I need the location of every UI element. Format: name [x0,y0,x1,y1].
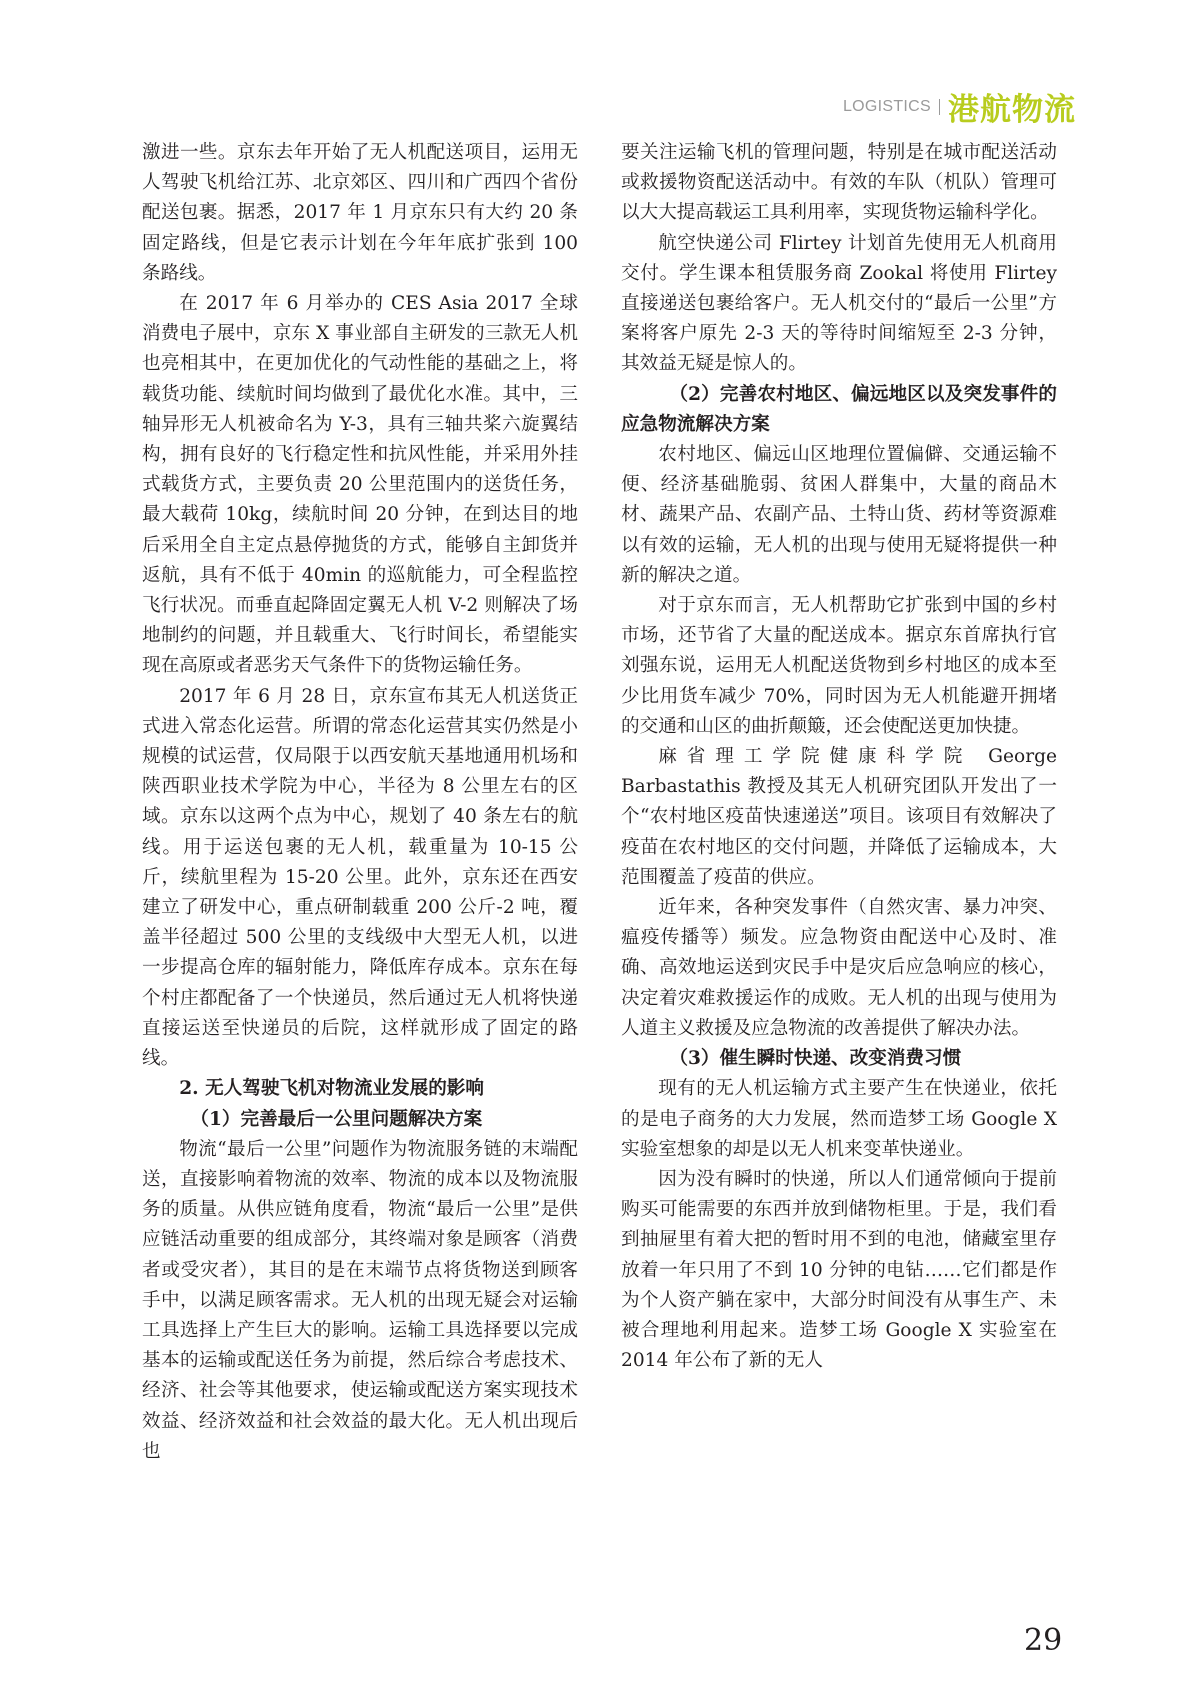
paragraph: 在 2017 年 6 月举办的 CES Asia 2017 全球消费电子展中，京… [142,289,578,682]
paragraph: 因为没有瞬时的快递，所以人们通常倾向于提前购买可能需要的东西并放到储物柜里。于是… [621,1165,1057,1376]
header-section-cn: 港航物流 [948,84,1076,129]
paragraph: 航空快递公司 Flirtey 计划首先使用无人机商用交付。学生课本租赁服务商 Z… [621,229,1057,380]
paragraph: 2017 年 6 月 28 日，京东宣布其无人机送货正式进入常态化运营。所谓的常… [142,682,578,1075]
paragraph: 对于京东而言，无人机帮助它扩张到中国的乡村市场，还节省了大量的配送成本。据京东首… [621,591,1057,742]
paragraph: 麻省理工学院健康科学院 George Barbastathis 教授及其无人机研… [621,742,1057,893]
subsection-heading: （1）完善最后一公里问题解决方案 [142,1105,578,1135]
paragraph: 农村地区、偏远山区地理位置偏僻、交通运输不便、经济基础脆弱、贫困人群集中，大量的… [621,440,1057,591]
left-column: 激进一些。京东去年开始了无人机配送项目，运用无人驾驶飞机给江苏、北京郊区、四川和… [142,138,578,1467]
right-column: 要关注运输飞机的管理问题，特别是在城市配送活动或救援物资配送活动中。有效的车队（… [621,138,1057,1376]
subsection-heading: （2）完善农村地区、偏远地区以及突发事件的应急物流解决方案 [621,380,1057,440]
subsection-heading: （3）催生瞬时快递、改变消费习惯 [621,1044,1057,1074]
paragraph: 要关注运输飞机的管理问题，特别是在城市配送活动或救援物资配送活动中。有效的车队（… [621,138,1057,229]
page-number: 29 [1024,1623,1062,1658]
section-heading: 2. 无人驾驶飞机对物流业发展的影响 [142,1074,578,1104]
paragraph: 激进一些。京东去年开始了无人机配送项目，运用无人驾驶飞机给江苏、北京郊区、四川和… [142,138,578,289]
header-divider [939,99,940,115]
running-header: LOGISTICS 港航物流 [843,84,1076,129]
paragraph: 近年来，各种突发事件（自然灾害、暴力冲突、瘟疫传播等）频发。应急物资由配送中心及… [621,893,1057,1044]
paragraph: 物流“最后一公里”问题作为物流服务链的末端配送，直接影响着物流的效率、物流的成本… [142,1135,578,1467]
paragraph: 现有的无人机运输方式主要产生在快递业，依托的是电子商务的大力发展，然而造梦工场 … [621,1074,1057,1165]
header-section-en: LOGISTICS [843,98,931,116]
